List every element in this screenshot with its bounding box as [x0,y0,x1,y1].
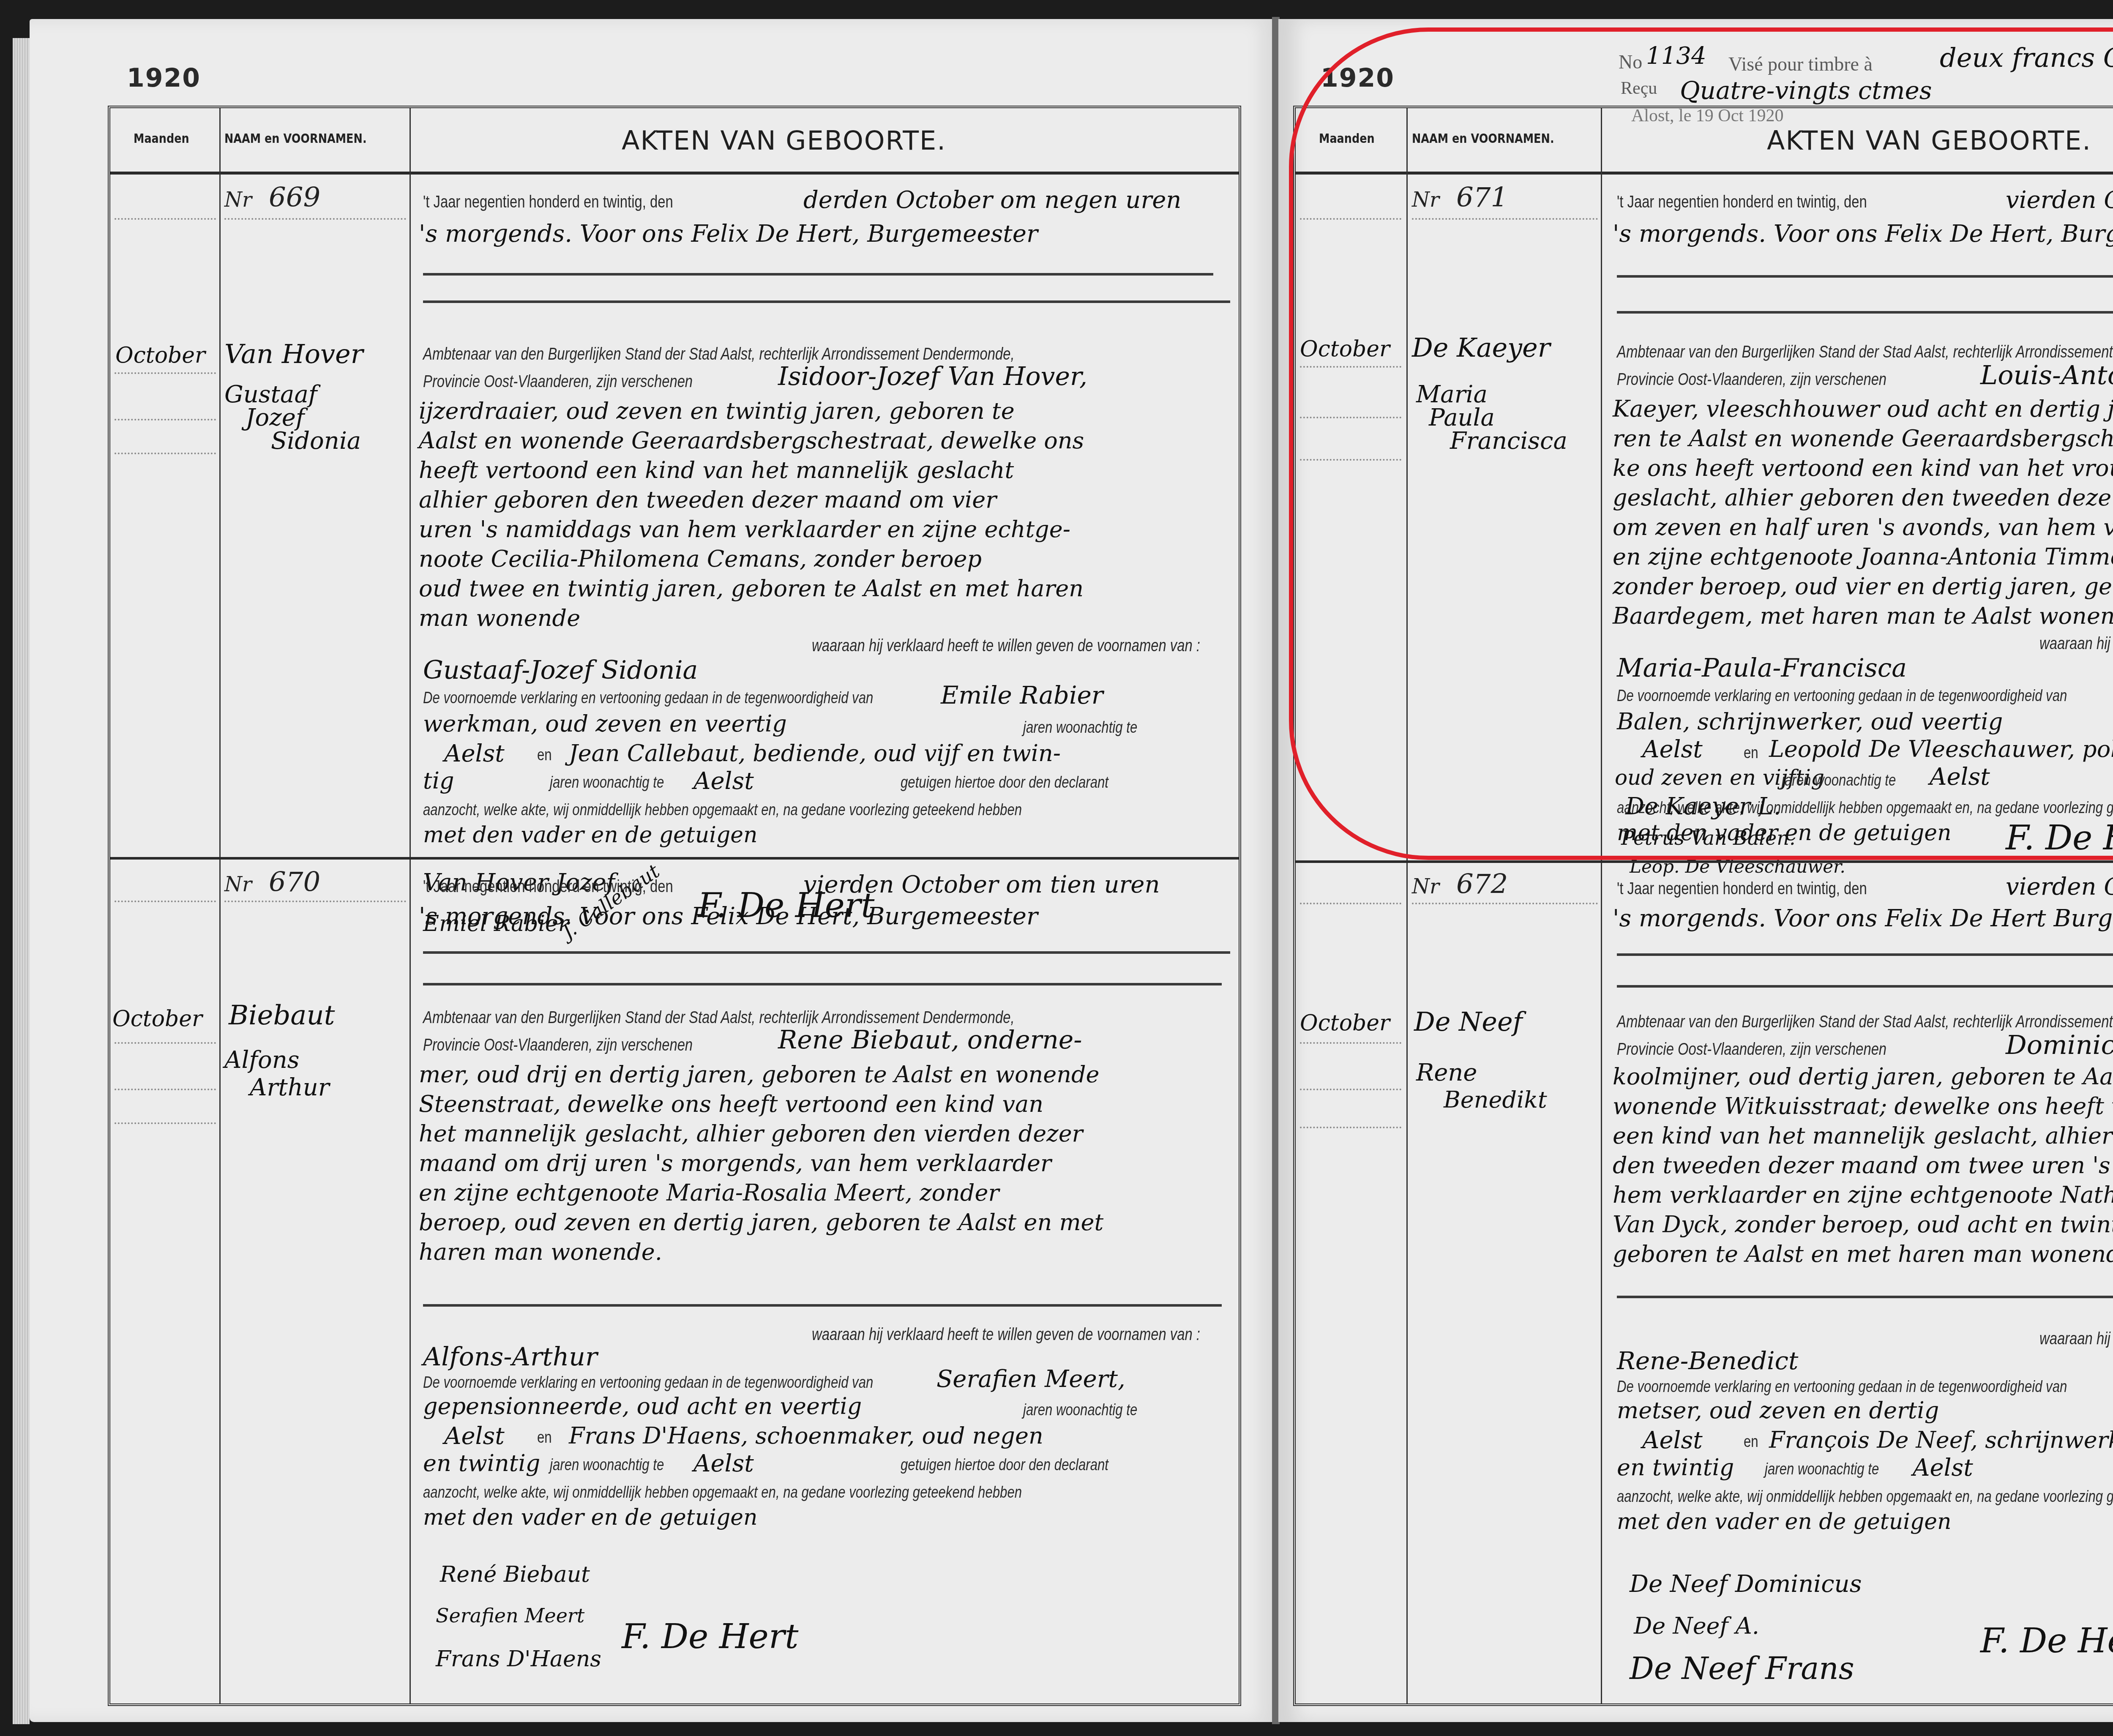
witness-1-place: Aelst [444,1422,505,1450]
ruling [115,419,216,420]
ruling [224,901,406,902]
record-number: Nr669 [224,182,320,213]
witness-1-name: Emile Rabier [941,681,1103,710]
printed-closing: aanzocht, welke akte, wij onmiddellijk h… [423,1484,1022,1502]
signature-witness-1: De Neef A. [1634,1613,1759,1639]
given-name-cell: Arthur [250,1074,330,1101]
surname-cell: De Neef [1414,1006,1523,1037]
ruling [1617,953,2113,956]
printed-years-living-2: jaren woonachtig te [550,1456,664,1474]
printed-witnesses-intro: De voornoemde verklaring en vertooning g… [423,689,873,707]
printed-and: en [1744,1433,1758,1451]
signature-witness-2: De Neef Frans [1630,1651,1854,1686]
declarant-name: Isidoor-Jozef Van Hover, [778,362,1087,391]
witness-2-name: Jean Callebaut, bediende, oud vijf en tw… [569,740,1061,767]
printed-intro: 't Jaar negentien honderd en twintig, de… [423,193,673,212]
printed-officer-1: Ambtenaar van den Burgerlijken Stand der… [1617,1013,2113,1032]
witness-2-place: Aelst [693,1450,754,1477]
birth-record-669: Nr669 't Jaar negentien honderd en twint… [110,174,1239,858]
ruling [115,1089,216,1090]
month-cell: October [112,1006,202,1032]
highlight-box-entry-671 [1289,27,2113,860]
closing-hand: met den vader en de getuigen [1617,1509,1951,1534]
body-line: Aalst en wonende Geeraardsbergschestraat… [419,427,1084,454]
printed-officer-1: Ambtenaar van den Burgerlijken Stand der… [423,1008,1015,1027]
signature-father: De Neef Dominicus [1630,1570,1862,1598]
surname-cell: Van Hover [224,338,363,369]
ruling [423,273,1213,276]
declarant-name: Dominicus De Neef, [2006,1029,2113,1060]
given-name-cell: Alfons [224,1046,300,1074]
ruling [1617,1296,2113,1298]
witness-1-desc: werkman, oud zeven en veertig [423,710,787,737]
signature-witness-1: Serafien Meert [436,1604,584,1627]
table-header: Maanden NAAM en VOORNAMEN. AKTEN VAN GEB… [110,108,1239,175]
surname-cell: Biebaut [229,1000,335,1031]
witness-2-place: Aelst [1913,1454,1973,1482]
date-line-2: 's morgends. Voor ons Felix De Hert Burg… [1613,905,2113,932]
body-line: Steenstraat, dewelke ons heeft vertoond … [419,1091,1043,1117]
birth-record-672: Nr672 't Jaar negentien honderd en twint… [1296,865,2113,1701]
ruling [224,218,406,220]
ruling [1300,1042,1401,1044]
year-left: 1920 [127,63,201,93]
printed-witnesses-intro: De voornoemde verklaring en vertooning g… [1617,1378,2067,1396]
body-line: en zijne echtgenoote Maria-Rosalia Meert… [419,1179,999,1206]
body-line: ijzerdraaier, oud zeven en twintig jaren… [419,398,1015,424]
body-line: koolmijner, oud dertig jaren, geboren te… [1613,1063,2113,1090]
witness-2-place: Aelst [693,767,754,795]
printed-years-living: jaren woonachtig te [1023,1401,1137,1419]
witness-1-place: Aelst [444,740,505,767]
page-title: AKTEN VAN GEBOORTE. [622,125,946,156]
given-name-cell: Benedikt [1444,1086,1547,1113]
ruling [115,1122,216,1124]
register-table-left: Maanden NAAM en VOORNAMEN. AKTEN VAN GEB… [108,106,1241,1706]
record-number: Nr670 [224,867,320,898]
body-line: hem verklaarder en zijne echtgenoote Nat… [1613,1182,2113,1208]
body-line: mer, oud drij en dertig jaren, geboren t… [419,1061,1100,1088]
printed-years-living: jaren woonachtig te [1023,719,1137,737]
body-line: wonende Witkuisstraat; dewelke ons heeft… [1613,1093,2113,1119]
given-names: Gustaaf-Jozef Sidonia [423,655,698,685]
signature-father: René Biebaut [440,1562,590,1587]
col-header-name: NAAM en VOORNAMEN. [224,131,367,146]
ruling [423,300,1230,303]
printed-witnesses-summoned: getuigen hiertoe door den declarant [901,1456,1108,1474]
printed-witnesses-summoned: getuigen hiertoe door den declarant [901,774,1108,792]
body-line: heeft vertoond een kind van het mannelij… [419,457,1014,483]
body-line: uren 's namiddags van hem verklaarder en… [419,516,1070,543]
entry-separator [1296,860,2113,863]
witness-2-age: tig [423,767,454,794]
birth-record-670: Nr670 't Jaar negentien honderd en twint… [110,860,1239,1701]
body-line: een kind van het mannelijk geslacht, alh… [1613,1122,2113,1149]
ruling [115,453,216,454]
printed-intro: 't Jaar negentien honderd en twintig, de… [1617,879,1867,898]
closing-hand: met den vader en de getuigen [423,1505,757,1530]
signature-mayor: F. De Hert [1980,1621,2113,1660]
body-line: geboren te Aalst en met haren man wonend… [1613,1241,2113,1267]
ruling [115,1042,216,1044]
printed-names-given: waaraan hij verklaard heeft te willen ge… [812,1325,1200,1344]
printed-officer-2: Provincie Oost-Vlaanderen, zijn verschen… [423,1036,693,1055]
printed-officer-1: Ambtenaar van den Burgerlijken Stand der… [423,345,1015,364]
printed-intro: 't Jaar negentien honderd en twintig, de… [423,877,673,896]
body-line: alhier geboren den tweeden dezer maand o… [419,486,996,513]
printed-witnesses-intro: De voornoemde verklaring en vertooning g… [423,1374,873,1392]
declarant-name: Rene Biebaut, onderne- [778,1025,1082,1055]
closing-hand: met den vader en de getuigen [423,822,757,848]
date-line: vierden October om tien uren [803,871,1160,898]
record-number: Nr672 [1412,869,1508,900]
ruling [423,983,1222,985]
printed-and: en [537,1429,552,1447]
ruling [1412,903,1598,904]
printed-years-living-2: jaren woonachtig te [1765,1460,1879,1479]
given-name-cell: Sidonia [271,427,361,455]
body-line: oud twee en twintig jaren, geboren te Aa… [419,575,1084,602]
page-edge-left [13,38,30,1724]
witness-1-name: Serafien Meert, [936,1365,1125,1393]
body-line: beroep, oud zeven en dertig jaren, gebor… [419,1209,1103,1236]
date-line-2: 's morgends. Voor ons Felix De Hert, Bur… [419,220,1038,248]
month-cell: October [115,343,205,368]
printed-officer-2: Provincie Oost-Vlaanderen, zijn verschen… [423,372,693,391]
witness-1-place: Aelst [1642,1427,1703,1454]
body-line: noote Cecilia-Philomena Cemans, zonder b… [419,546,982,572]
ruling [1300,1127,1401,1128]
signature-witness-2: Frans D'Haens [436,1646,601,1672]
printed-and: en [537,746,552,764]
ruling [115,218,216,220]
witness-1-desc: gepensionneerde, oud acht en veertig [423,1393,862,1419]
ruling [423,951,1230,954]
printed-names-given: waaraan hij verklaard heeft te willen ge… [812,636,1200,655]
body-line: den tweeden dezer maand om twee uren 's … [1613,1152,2113,1179]
printed-names-given: waaraan hij verklaard heeft te willen ge… [2039,1329,2113,1348]
witness-2-age: en twintig [423,1450,540,1477]
date-line-2: 's morgends. Voor ons Felix De Hert, Bur… [419,903,1038,930]
ruling [115,901,216,902]
given-names: Alfons-Arthur [423,1342,598,1372]
body-line: het mannelijk geslacht, alhier geboren d… [419,1120,1083,1147]
witness-2-name: Frans D'Haens, schoenmaker, oud negen [569,1422,1043,1449]
printed-closing: aanzocht, welke akte, wij onmiddellijk h… [423,801,1022,819]
ruling [423,1304,1222,1307]
body-line: man wonende [419,605,580,631]
date-line: vierden October om tien uren [2006,873,2113,901]
ruling [1300,903,1401,904]
ruling [115,372,216,374]
printed-years-living-2: jaren woonachtig te [550,774,664,792]
printed-closing: aanzocht, welke akte, wij onmiddellijk h… [1617,1488,2113,1506]
given-names: Rene-Benedict [1617,1346,1798,1375]
witness-1-desc: metser, oud zeven en dertig [1617,1397,1939,1424]
body-line: Van Dyck, zonder beroep, oud acht en twi… [1613,1211,2113,1238]
signature-mayor: F. De Hert [622,1617,798,1656]
given-name-cell: Rene [1416,1059,1477,1086]
witness-2-name: François De Neef, schrijnwerker, oud een [1769,1427,2113,1453]
body-line: maand om drij uren 's morgends, van hem … [419,1150,1051,1176]
ruling [1300,1089,1401,1090]
col-header-month: Maanden [134,131,189,146]
date-line: derden October om negen uren [803,186,1181,214]
witness-2-age: en twintig [1617,1454,1734,1481]
printed-officer-2: Provincie Oost-Vlaanderen, zijn verschen… [1617,1040,1886,1059]
month-cell: October [1300,1010,1390,1036]
body-line: haren man wonende. [419,1239,662,1265]
ruling [1617,985,2113,988]
entry-separator [110,857,1239,860]
